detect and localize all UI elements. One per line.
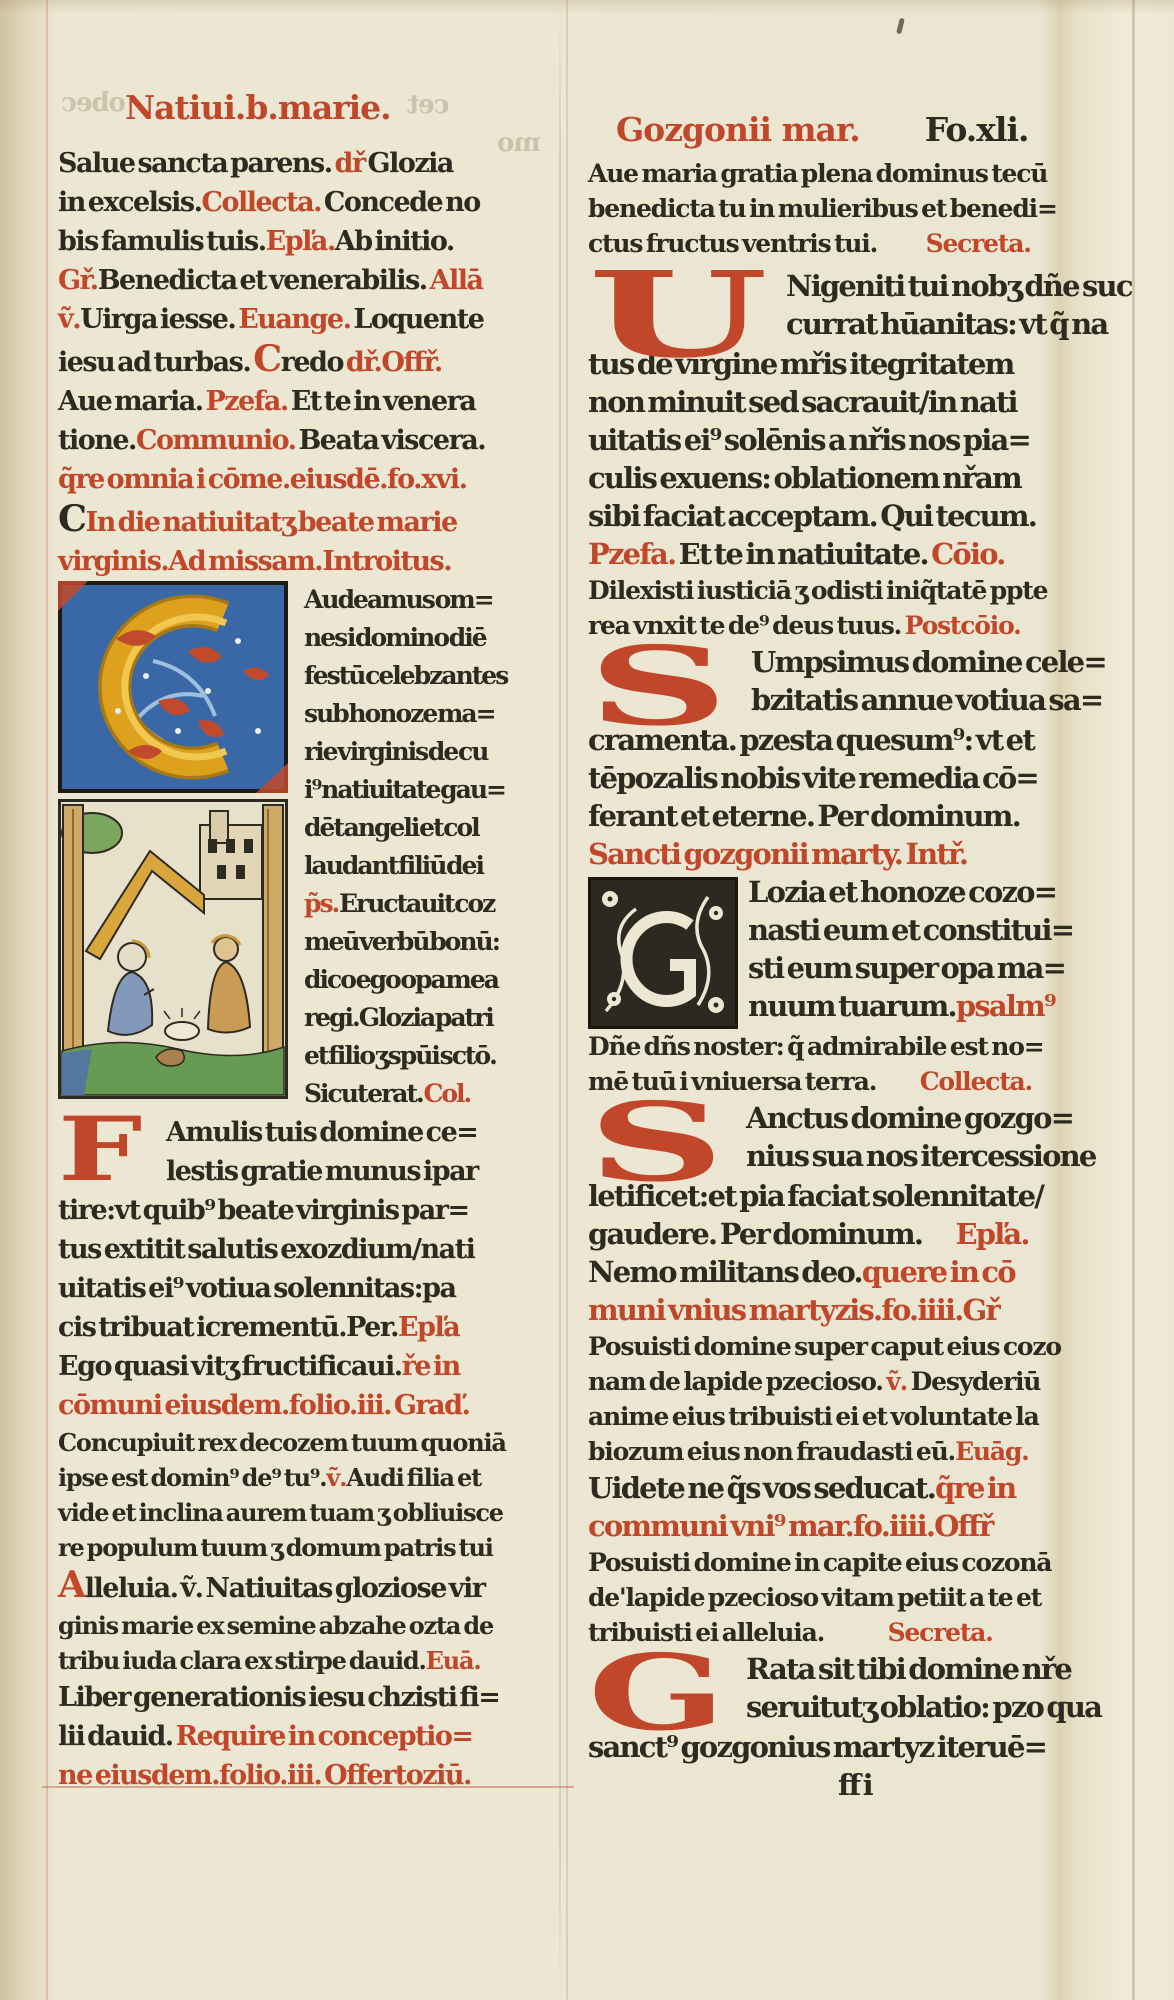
alleluia-line: Alleluia. ṽ. Natiuitas gloziose vir [58,1565,486,1608]
text-line: tēpozalis nobis vite remedia cō= [588,759,1125,797]
body-text: laudant filiū dei [304,851,483,880]
body-text: Audi filia et [346,1463,481,1492]
body-text: gaudere. Per dominum. [588,1217,925,1251]
text-line: Concupiuit rex decozem tuum quoniā [58,1425,486,1460]
body-text: Audeamus om= [304,585,493,614]
text-line: dico ego opa mea [304,961,486,999]
text-line: ff i [588,1766,1125,1804]
preface-rubric: Pzefa. Et te in natiuitate. Cōio. [588,535,1125,573]
text-line: Lozia et honoze cozo= [748,873,1125,911]
body-text: Fo.xli. [925,110,1029,149]
body-text: redo [281,347,346,378]
body-text: Uirga iesse. [80,304,238,335]
rubric-text: Epľa [398,1312,459,1343]
text-line: cōmuni eiusdem.folio.iii. Graď. [58,1386,486,1425]
rubric-text: Epľa. [955,1217,1028,1251]
drop-cap-s: S [588,1099,851,1177]
body-text: Sicut erat. [304,1079,423,1108]
text-line: de'lapide pzecioso vitam petiit a te et [588,1580,1125,1615]
text-line: Sicut erat. Col. [304,1075,486,1113]
text-line: Uidete ne q̃s vos seducat.q̃re in [588,1469,1125,1507]
rubric-text: C [253,337,281,380]
ink-showthrough-ghost: mo [498,128,541,158]
body-text: tus extitit salutis exozdium/nati [58,1234,474,1265]
rubric-text: dř [335,148,368,179]
secret-unigeniti: UNigeniti tui nobʒ dñe succurrat hūanita… [588,267,1125,345]
rubric-text: muni vnius martyzis.fo.iiii.Gř [588,1293,999,1327]
rubric-text: Postcōio. [905,611,1021,640]
text-line: Alleluia. ṽ. Natiuitas gloziose vir [58,1565,486,1608]
rubric-text: cōmuni eiusdem.folio.iii. Graď. [58,1390,469,1421]
body-text: Uidete ne q̃s vos seducat. [588,1471,935,1505]
text-line: Gř.Benedicta et venerabilis. Allā [58,261,486,300]
text-line: Dñe dñs noster: q̃ admirabile est no= [588,1029,1125,1064]
collect-sanctus: SAnctus domine gozgo=nius sua nos iterce… [588,1099,1125,1177]
body-text: nasti eum et constitui= [748,913,1073,947]
rubric-text: ṽ. [886,1367,907,1396]
body-text: lestis gratie munus ipar [166,1156,478,1187]
wrapped-lines: Lozia et honoze cozo=nasti eum et consti… [748,873,1125,1025]
nativity-woodcut [58,799,288,1099]
gradual-text: Concupiuit rex decozem tuum quoniāipse e… [58,1425,486,1565]
illuminated-initial-g [58,581,288,793]
signature-line: ff i [588,1766,1125,1804]
alleluia-verse: ginis marie ex semine abzahe ozta detrib… [58,1608,486,1678]
text-line: Nemo militans deo.quere in cō [588,1253,1125,1291]
body-text: Aue maria gratia plena dominus tecū [588,159,1047,188]
body-text: uitatis ei⁹ votiua solennitas:pa [58,1273,455,1304]
text-line: tione.Communio. Beata viscera. [58,421,486,460]
text-line: iesu ad turbas. Credo dř.Offř. [58,339,486,382]
body-text: benedicta tu in mulieribus et benedi= [588,194,1057,223]
text-line: Gozgonii mar.Fo.xli. [588,110,1125,150]
illuminated-initial-and-nativity-woodcut [58,581,296,1099]
text-line: Posuisti domine in capite eius cozonā [588,1545,1125,1580]
text-line: anime eius tribuisti ei et voluntate la [588,1399,1125,1434]
body-text: nuum tuarum. [748,989,956,1023]
body-text: Posuisti domine in capite eius cozonā [588,1548,1051,1577]
text-line: Salue sancta parens. dř Glozia [58,144,486,183]
text-line: biozum eius non fraudasti eū.Euāg. [588,1434,1125,1469]
body-text: rie virginis de cu [304,737,487,766]
gospel-videte: Uidete ne q̃s vos seducat.q̃re incommuni… [588,1469,1125,1545]
body-text: non minuit sed sacrauit/in nati [588,385,1017,419]
rubric-text: Collecta. [202,187,322,218]
introit-gloria-et-honore: Lozia et honoze cozo=nasti eum et consti… [588,873,1125,1029]
gradual-posuisti: Posuisti domine super caput eius cozonam… [588,1329,1125,1469]
body-text: Ego quasi vitʒ fructificaui. [58,1351,402,1382]
rubric-text: Require in conceptio= [176,1721,473,1752]
rubric-text: Sancti gozgonii marty. Intř. [588,837,967,871]
text-line: Audeamus om= [304,581,486,619]
rubric-text: p̃s. [304,889,338,918]
rubric-text: ṽ. [326,1463,346,1492]
rubric-text: Communio. [136,425,296,456]
text-line: Pzefa. Et te in natiuitate. Cōio. [588,535,1125,573]
text-line: uitatis ei⁹ votiua solennitas:pa [58,1269,486,1308]
rubric-text: Euāg. [955,1437,1029,1466]
body-text: tribu iuda clara ex stirpe dauid. [58,1646,426,1675]
rubric-text: Epľa. [266,226,335,257]
rubric-text: Pzefa. [588,537,675,571]
body-text: Benedicta et venerabilis. [98,265,430,296]
body-text: ff i [838,1768,872,1802]
body-text: de'lapide pzecioso vitam petiit a te et [588,1583,1041,1612]
text-line: uitatis ei⁹ solēnis a nřis nos pia= [588,421,1125,459]
body-text: C [58,497,86,540]
missal-page: { "meta": { "left_header": "Natiui.b.mar… [0,0,1174,2000]
postcommunion-sumpsimus: SUmpsimus domine cele=bzitatis annue vot… [588,643,1125,721]
body-text: Concupiuit rex decozem tuum quoniā [58,1428,506,1457]
wrapped-lines: Amulis tuis domine ce=lestis gratie munu… [166,1113,486,1191]
text-line: ferant et eterne. Per dominum. [588,797,1125,835]
rubric-text: ne eiusdem.folio.iii. Offertoziū. [58,1760,471,1791]
ornamental-initial-g-woodcut [588,877,738,1029]
body-text: sibi faciat acceptam. Qui tecum. [588,499,1036,533]
body-text: Et te in venera [288,386,476,417]
body-text: Aue maria. [58,386,206,417]
text-line: Sancti gozgonii marty. Intř. [588,835,1125,873]
body-text: culis exuens: oblationem nřam [588,461,1021,495]
body-text: Dilexisti iusticiā ʒ odisti iniq̃tatē pp… [588,576,1047,605]
body-text: nam de lapide pzecioso. [588,1367,886,1396]
text-line: meū verbū bonū: [304,923,486,961]
text-line: vide et inclina aurem tuam ʒ obliuisce [58,1495,486,1530]
body-text: in excelsis. [58,187,202,218]
ink-showthrough-ghost: cet [408,90,449,120]
text-line: tus extitit salutis exozdium/nati [58,1230,486,1269]
secret-grata: GRata sit tibi domine nřeseruitutʒ oblat… [588,1650,1125,1728]
wrapped-lines: Audeamus om=nes i domino diēfestū celebz… [304,581,486,1113]
rubric-text: In die natiuitatʒ beate marie [86,507,457,538]
rubric-text: dř.Offř. [346,347,442,378]
text-line: CIn die natiuitatʒ beate marie [58,499,486,542]
body-text: dēt angeli et col [304,813,479,842]
text-line: p̃s. Eructauit coz [304,885,486,923]
text-line: ṽ.Uirga iesse. Euange. Loquente [58,300,486,339]
rubric-text: q̃re omnia i cōme.eiusdē.fo.xvi. [58,464,467,495]
body-text: sub honoze ma= [304,699,495,728]
text-line: Liber generationis iesu chzisti fi= [58,1678,486,1717]
drop-cap-s: S [588,643,867,721]
rubric-text: communi vni⁹ mar.fo.iiii.Offř [588,1509,992,1543]
text-line: Amulis tuis domine ce= [166,1113,486,1152]
text-line: sibi faciat acceptam. Qui tecum. [588,497,1125,535]
ink-showthrough-ghost: obec [62,88,126,118]
right-text-column: Gozgonii mar.Fo.xli.Aue maria gratia ple… [588,110,1125,1804]
drop-cap-f: F [58,1113,193,1191]
body-text: lleluia. ṽ. Natiuitas gloziose vir [85,1573,485,1604]
text-line: tribu iuda clara ex stirpe dauid.Euā. [58,1643,486,1678]
text-line: festū celebzantes [304,657,486,695]
rubric-text: Allā [430,265,483,296]
text-line: nes i domino diē [304,619,486,657]
body-text: meū verbū bonū: [304,927,499,956]
text-line: benedicta tu in mulieribus et benedi= [588,191,1125,226]
body-text: sti eum super opa ma= [748,951,1065,985]
rubric-text: Euā. [426,1646,481,1675]
rubric-text: psalm⁹ [956,989,1055,1023]
body-text: Lozia et honoze cozo= [748,875,1056,909]
body-text: Loquente [351,304,484,335]
body-text: i⁹ natiuitate gau= [304,775,505,804]
text-line: sub honoze ma= [304,695,486,733]
rubric-text: Collecta. [920,1067,1032,1096]
body-text: Ab initio. [335,226,454,257]
rubric-text: Secreta. [888,1618,993,1647]
body-text: Et te in natiuitate. [675,537,931,571]
text-line: in excelsis.Collecta. Concede no [58,183,486,222]
rubric-text: Gř. [58,265,98,296]
body-text: Amulis tuis domine ce= [166,1117,477,1148]
collect-famulis: FAmulis tuis domine ce=lestis gratie mun… [58,1113,486,1191]
drop-cap-u: U [588,267,921,345]
body-text: Liber generationis iesu chzisti fi= [58,1682,499,1713]
rubric-intro: Salue sancta parens. dř Gloziain excelsi… [58,144,486,581]
text-line: nuum tuarum.psalm⁹ [748,987,1125,1025]
rubric-text: virginis.Ad missam.Introitus. [58,546,451,577]
body-text: nes i domino diē [304,623,486,652]
body-text: Posuisti domine super caput eius cozo [588,1332,1061,1361]
text-line: culis exuens: oblationem nřam [588,459,1125,497]
body-text: Desyderiū [907,1367,1040,1396]
body-text: vide et inclina aurem tuam ʒ obliuisce [58,1498,503,1527]
text-line: gaudere. Per dominum. Epľa. [588,1215,1125,1253]
drop-cap-g: G [588,1650,821,1728]
text-line: ipse est domin⁹ de⁹ tu⁹.ṽ.Audi filia et [58,1460,486,1495]
body-text: lii dauid. [58,1721,176,1752]
body-text: ferant et eterne. Per dominum. [588,799,1020,833]
rubric-text: Secreta. [926,229,1031,258]
body-text: Eructauit coz [338,889,494,918]
text-line: sti eum super opa ma= [748,949,1125,987]
body-text: Nemo militans deo. [588,1255,862,1289]
body-text: festū celebzantes [304,661,507,690]
gorgonius-heading: Sancti gozgonii marty. Intř. [588,835,1125,873]
text-line: laudant filiū dei [304,847,486,885]
body-text: dico ego opa mea [304,965,498,994]
rubric-text: q̃re in [935,1471,1015,1505]
body-text: anime eius tribuisti ei et voluntate la [588,1402,1039,1431]
text-line: bis famulis tuis.Epľa.Ab initio. [58,222,486,261]
body-text: et filio ʒ spūi sctō. [304,1041,496,1070]
body-text: tēpozalis nobis vite remedia cō= [588,761,1038,795]
body-text: ipse est domin⁹ de⁹ tu⁹. [58,1463,326,1492]
body-text: biozum eius non fraudasti eū. [588,1437,955,1466]
rubric-text: ṽ. [58,304,80,335]
text-line: Dilexisti iusticiā ʒ odisti iniq̃tatē pp… [588,573,1125,608]
rubric-text: Natiui.b.marie. [125,88,391,127]
body-text: Glozia [368,148,453,179]
body-text: bis famulis tuis. [58,226,266,257]
gospel-rubric: Liber generationis iesu chzisti fi=lii d… [58,1678,486,1795]
rubric-text: quere in cō [862,1255,1015,1289]
body-text: re populum tuum ʒ domum patris tui [58,1533,493,1562]
introit-gaudeamus: Audeamus om=nes i domino diēfestū celebz… [58,581,486,1113]
left-text-column: Natiui.b.marie.Salue sancta parens. dř G… [58,88,486,1795]
text-line: regi.Glozia patri [304,999,486,1037]
text-line: non minuit sed sacrauit/in nati [588,383,1125,421]
text-line: dēt angeli et col [304,809,486,847]
text-line: Posuisti domine super caput eius cozo [588,1329,1125,1364]
text-line: muni vnius martyzis.fo.iiii.Gř [588,1291,1125,1329]
text-line: cis tribuat icrementū.Per.Epľa [58,1308,486,1347]
body-text: tione. [58,425,136,456]
body-text: uitatis ei⁹ solēnis a nřis nos pia= [588,423,1030,457]
rubric-text: A [58,1563,85,1606]
text-line: Aue maria gratia plena dominus tecū [588,156,1125,191]
body-text: Dñe dñs noster: q̃ admirabile est no= [588,1032,1043,1061]
text-line: rie virginis de cu [304,733,486,771]
rubric-text: ře in [402,1351,460,1382]
text-line: re populum tuum ʒ domum patris tui [58,1530,486,1565]
text-line: lii dauid. Require in conceptio= [58,1717,486,1756]
text-line: virginis.Ad missam.Introitus. [58,542,486,581]
body-text: Salue sancta parens. [58,148,335,179]
text-line: lestis gratie munus ipar [166,1152,486,1191]
body-text: ginis marie ex semine abzahe ozta de [58,1611,493,1640]
rubric-text: Gozgonii mar. [616,110,860,149]
text-line: et filio ʒ spūi sctō. [304,1037,486,1075]
text-line: ginis marie ex semine abzahe ozta de [58,1608,486,1643]
rubric-text: Cōio. [931,537,1004,571]
right-running-title: Gozgonii mar.Fo.xli. [588,110,1125,150]
body-text: iesu ad turbas. [58,347,253,378]
body-text: Concede no [321,187,480,218]
text-line: ne eiusdem.folio.iii. Offertoziū. [58,1756,486,1795]
text-line: nam de lapide pzecioso. ṽ. Desyderiū [588,1364,1125,1399]
rubric-text: Col. [423,1079,470,1108]
text-line: Ego quasi vitʒ fructificaui.ře in [58,1347,486,1386]
body-text: regi.Glozia patri [304,1003,493,1032]
text-line: i⁹ natiuitate gau= [304,771,486,809]
text-line: nasti eum et constitui= [748,911,1125,949]
body-text: Beata viscera. [296,425,486,456]
text-line: Aue maria. Pzefa. Et te in venera [58,382,486,421]
text-line: q̃re omnia i cōme.eiusdē.fo.xvi. [58,460,486,499]
text-line: communi vni⁹ mar.fo.iiii.Offř [588,1507,1125,1545]
rubric-text: Euange. [238,304,350,335]
body-text: cis tribuat icrementū.Per. [58,1312,398,1343]
rubric-text: Pzefa. [206,386,288,417]
